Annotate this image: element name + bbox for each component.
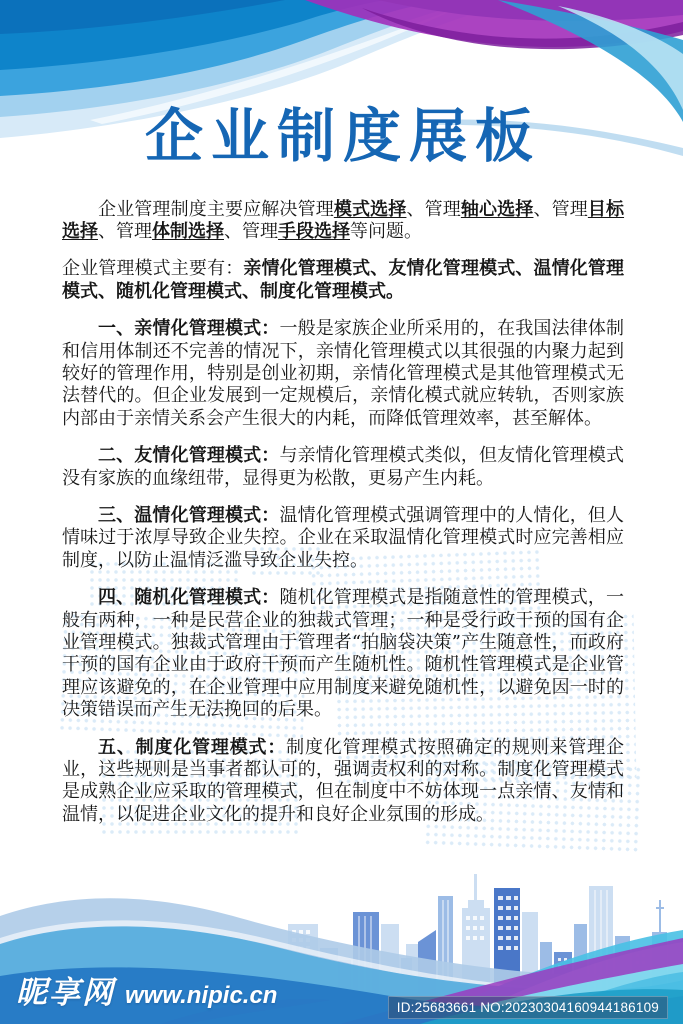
city-skyline	[258, 844, 683, 994]
image-id-badge: ID:25683661 NO:20230304160944186109	[388, 996, 668, 1019]
section-heading-3: 三、温情化管理模式：	[98, 505, 279, 526]
watermark: 昵享网 www.nipic.cn	[16, 967, 277, 1012]
poster-content: 企业制度展板 企业管理制度主要应解决管理模式选择、管理轴心选择、管理目标选择、管…	[62, 100, 624, 841]
modes-overview-paragraph: 企业管理模式主要有：亲情化管理模式、友情化管理模式、温情化管理模式、随机化管理模…	[62, 258, 624, 303]
section-paragraph-3: 三、温情化管理模式：温情化管理模式强调管理中的人情化，但人情味过于浓厚导致企业失…	[62, 505, 624, 572]
page-title: 企业制度展板	[62, 100, 624, 173]
section-heading-2: 二、友情化管理模式：	[98, 445, 279, 466]
site-logo-text: 昵享网	[16, 967, 115, 1012]
section-paragraph-2: 二、友情化管理模式：与亲情化管理模式类似，但友情化管理模式没有家族的血缘纽带，显…	[62, 445, 624, 490]
section-heading-5: 五、制度化管理模式：	[98, 737, 286, 758]
section-paragraph-1: 一、亲情化管理模式：一般是家族企业所采用的，在我国法律体制和信用体制还不完善的情…	[62, 318, 624, 430]
site-url-text: www.nipic.cn	[125, 982, 277, 1010]
section-paragraph-4: 四、随机化管理模式：随机化管理模式是指随意性的管理模式，一般有两种，一种是民营企…	[62, 587, 624, 721]
section-heading-4: 四、随机化管理模式：	[98, 587, 279, 608]
section-paragraph-5: 五、制度化管理模式：制度化管理模式按照确定的规则来管理企业，这些规则是当事者都认…	[62, 737, 624, 827]
section-heading-1: 一、亲情化管理模式：	[98, 318, 279, 339]
poster-page: 企业制度展板 企业管理制度主要应解决管理模式选择、管理轴心选择、管理目标选择、管…	[0, 0, 683, 1024]
intro-paragraph: 企业管理制度主要应解决管理模式选择、管理轴心选择、管理目标选择、管理体制选择、管…	[62, 199, 624, 244]
